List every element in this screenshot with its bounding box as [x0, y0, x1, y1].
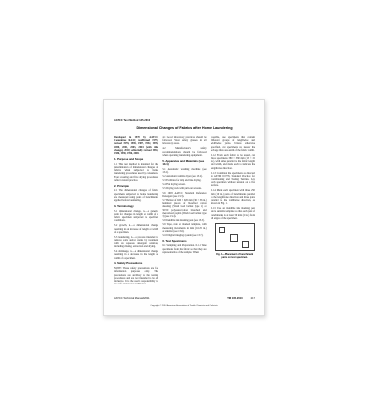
section-6-continued: possible, use specimens that contain dif… — [211, 136, 255, 152]
document-page: AATCC Test Method 135-2010 Dimensional C… — [103, 99, 265, 316]
apparatus-item: 5.8 Indelible ink marking pen (see 13.5)… — [162, 219, 206, 222]
paragraph-6-1-4: 6.1.4 Mark each specimen with three 250 … — [211, 189, 255, 205]
section-5-heading: 5. Apparatus and Materials (see 13.1) — [162, 160, 206, 167]
section-6-heading: 6. Test Specimens — [162, 240, 206, 243]
text-columns: Developed in 1970 by AATCC Committee RA4… — [114, 136, 255, 284]
section-4-continued-2: 4.2 Manufacturer's safety recommendation… — [162, 147, 206, 157]
footer-right-group: TM 135-2010 217 — [227, 297, 255, 300]
paragraph-6-1-5: 6.1.5 Use an indelible ink marking pen a… — [211, 207, 255, 220]
revision-history: Developed in 1970 by AATCC Committee RA4… — [114, 136, 158, 155]
apparatus-item: 5.3 Facilities for drip and line drying. — [162, 179, 206, 182]
figure-caption: Fig. 1—Placement of benchmark pairs on t… — [211, 253, 255, 259]
term-laundering: 3.3 laundering, n.—a process intended to… — [114, 236, 158, 249]
section-4-heading: 4. Safety Precautions — [114, 262, 158, 265]
section-2-heading: 2. Principle — [114, 185, 158, 188]
copyright-line: Copyright © 2010 American Association of… — [104, 305, 264, 307]
apparatus-item: 5.7 Ballast of 920 × 920 mm (36 × 36 in.… — [162, 199, 206, 218]
paragraph-6-1-3: 6.1.3 Condition the specimens as directe… — [211, 172, 255, 188]
figure-caption-line-2: pairs on test specimen. — [211, 256, 255, 259]
column-right: possible, use specimens that contain dif… — [211, 136, 255, 284]
figure-1: Fig. 1—Placement of benchmark pairs on t… — [211, 223, 255, 259]
term-growth: 3.2 growth, n.—a dimensional change resu… — [114, 224, 158, 234]
term-dimensional-change: 3.1 dimensional change, n.—a generic ter… — [114, 210, 158, 223]
apparatus-item: 5.6 1993 AATCC Standard Reference Deterg… — [162, 192, 206, 198]
section-6-body: 6.1 Sampling and Preparation. 6.1.1 Take… — [162, 244, 206, 254]
paragraph-6-1-2: 6.1.2 From each fabric to be tested, cut… — [211, 154, 255, 170]
column-left: Developed in 1970 by AATCC Committee RA4… — [114, 136, 158, 284]
document-header: AATCC Test Method 135-2010 — [114, 119, 255, 122]
apparatus-item: 5.4 Flat drying screen. — [162, 183, 206, 186]
specimen-diagram — [215, 223, 255, 251]
apparatus-item: 5.5 Drying rack with pull-out screens. — [162, 187, 206, 190]
section-1-heading: 1. Purpose and Scope — [114, 158, 158, 161]
section-4-continued: 4.1 Good laboratory practices should be … — [162, 136, 206, 146]
benchmark-square-3 — [242, 241, 249, 248]
footer-manual-ref: AATCC Technical Manual/2011 — [114, 297, 150, 300]
document-title: Dimensional Changes of Fabrics after Hom… — [114, 126, 255, 130]
footer: AATCC Technical Manual/2011 TM 135-2010 … — [114, 297, 255, 300]
benchmark-square-2 — [230, 234, 238, 242]
section-4-body: NOTE: These safety precautions are for i… — [114, 267, 158, 284]
column-middle: 4.1 Good laboratory practices should be … — [162, 136, 206, 284]
apparatus-item: 5.1 Automatic washing machine (see 13.2)… — [162, 168, 206, 174]
section-1-body: 1.1 This test method is intended for the… — [114, 163, 158, 182]
apparatus-item: 5.9 Tape, rule or marked template, with … — [162, 223, 206, 233]
footer-method-code: TM 135-2010 — [227, 297, 242, 300]
apparatus-item: 5.2 Automatic tumble dryer (see 13.2). — [162, 175, 206, 178]
section-3-heading: 3. Terminology — [114, 205, 158, 208]
apparatus-item: 5.10 Digital imaging system (see 13.7). — [162, 234, 206, 237]
term-shrinkage: 3.4 shrinkage, n.—a dimensional change r… — [114, 250, 158, 260]
footer-page-number: 217 — [251, 297, 255, 300]
benchmark-square-1 — [219, 227, 225, 233]
section-2-body: 2.1 The dimensional changes of fabric sp… — [114, 189, 158, 202]
